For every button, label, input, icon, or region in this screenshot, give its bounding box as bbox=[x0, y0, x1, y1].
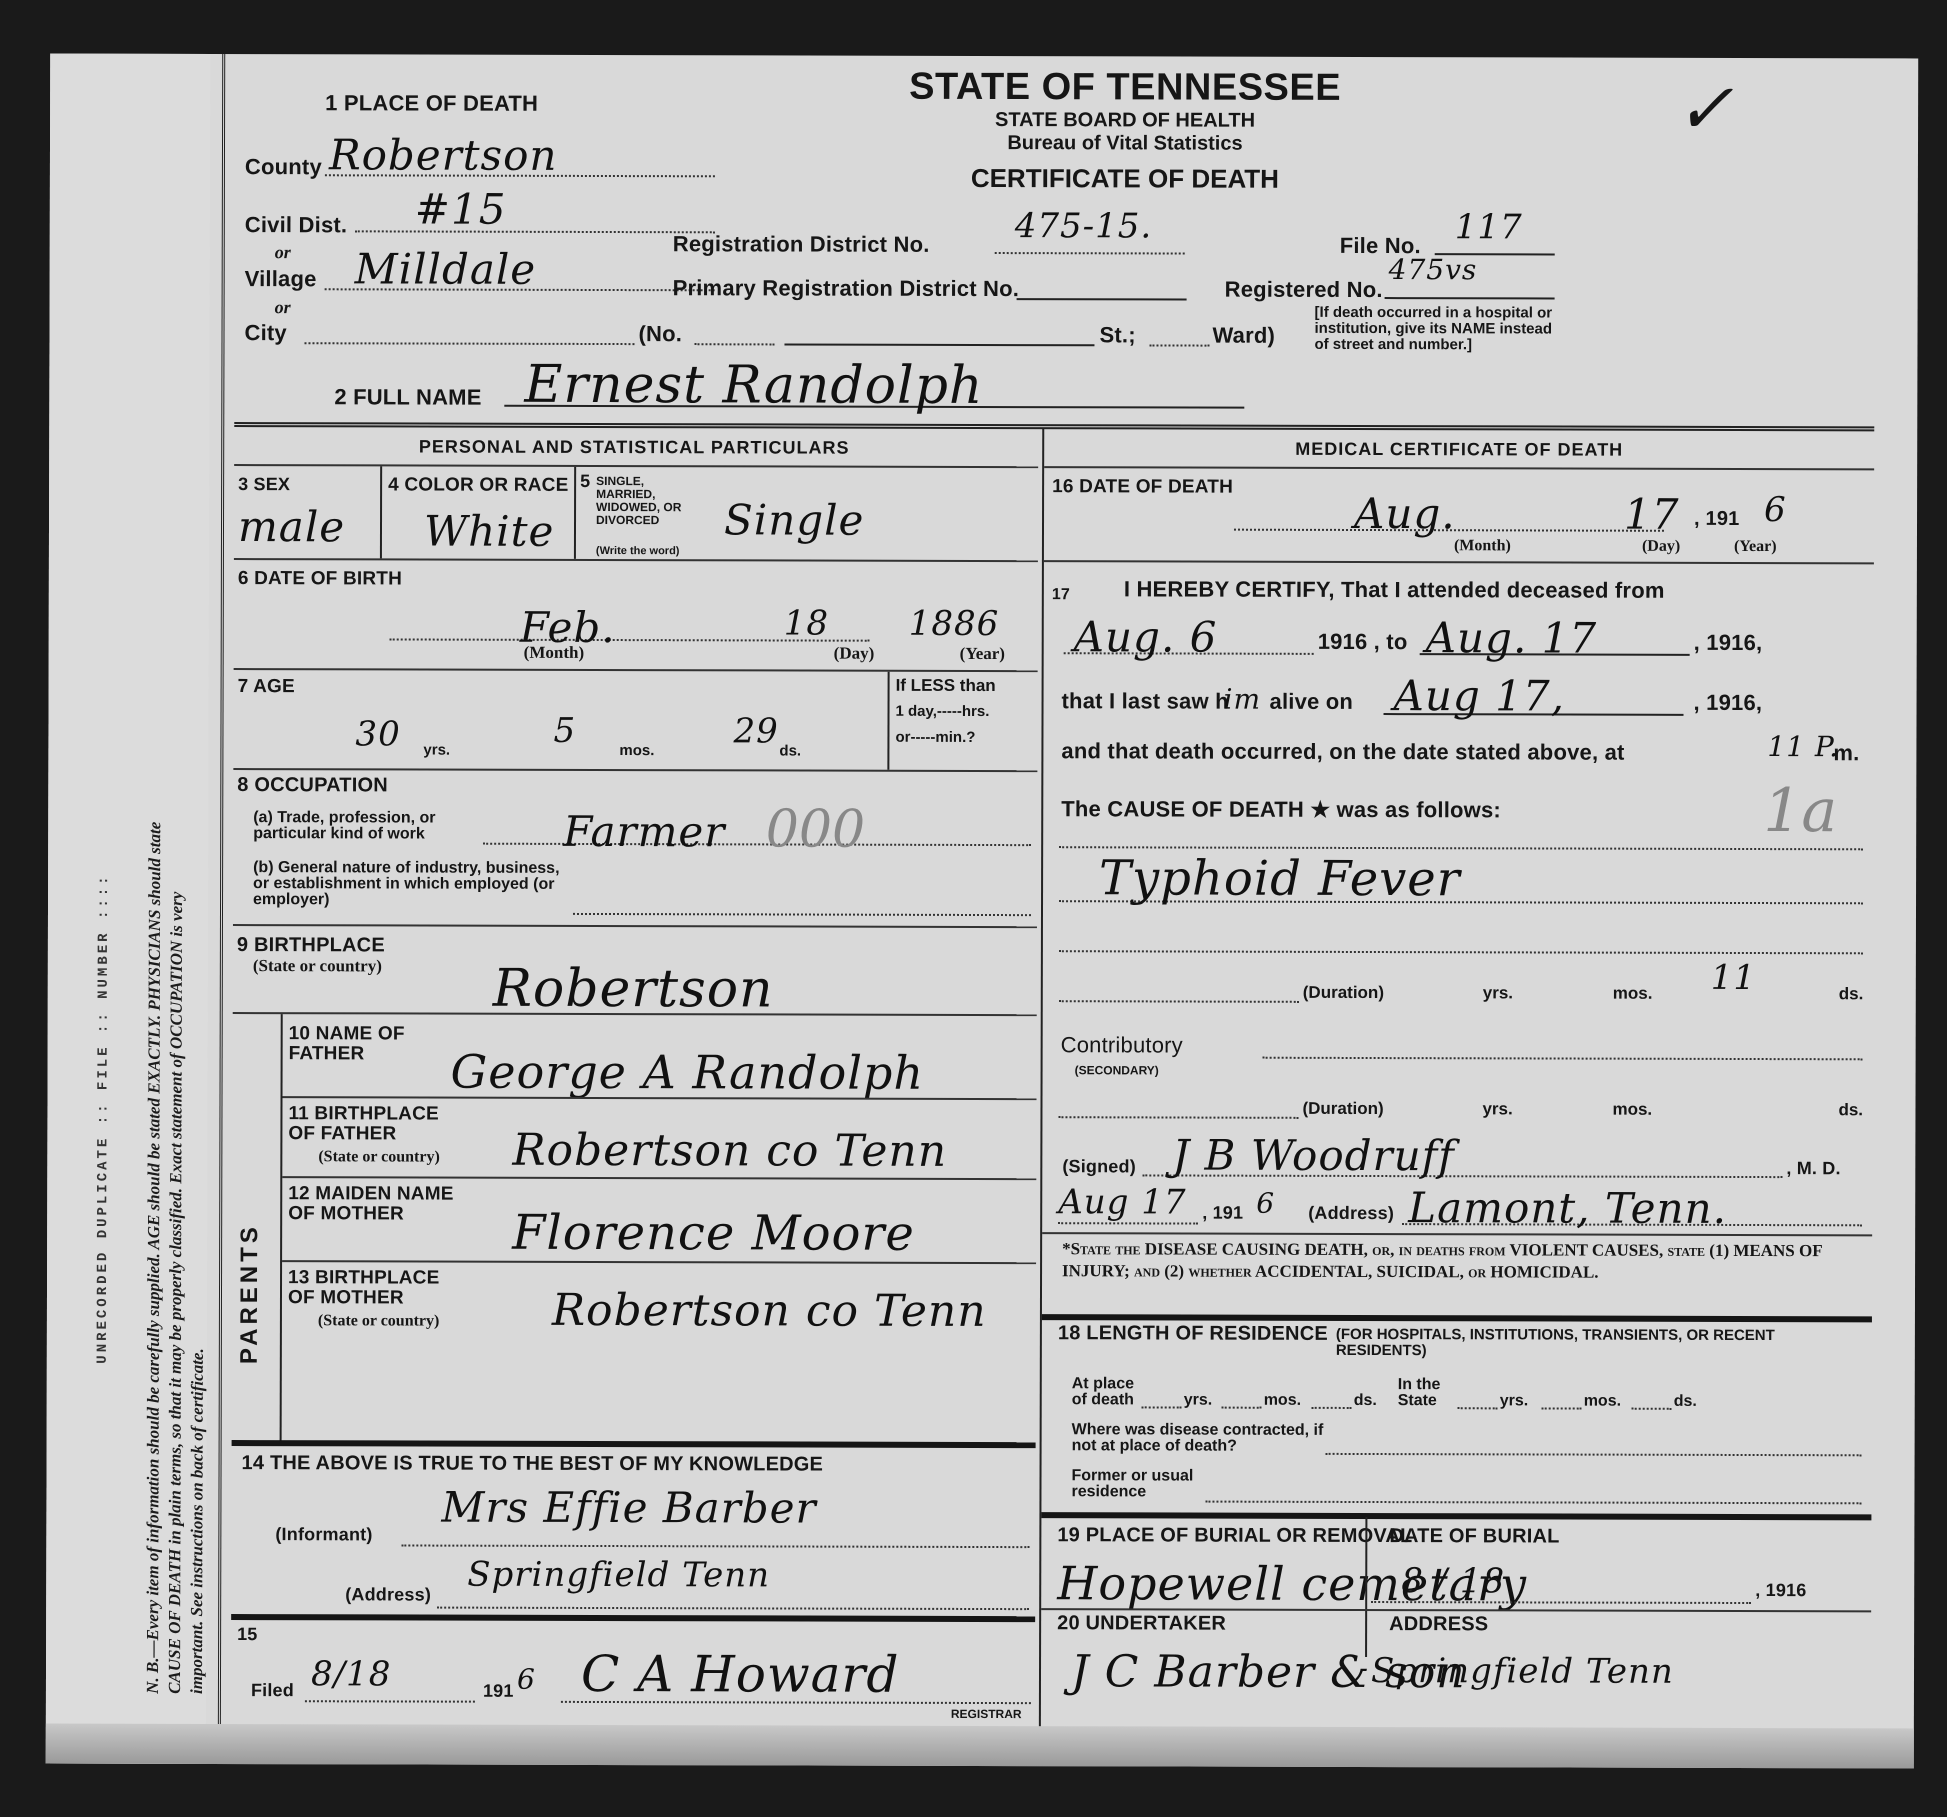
cause-footnote: *State the DISEASE CAUSING DEATH, or, in… bbox=[1062, 1238, 1862, 1284]
dob-year-value[interactable]: 1886 bbox=[909, 604, 1000, 644]
stub-margin-text: UNRECORDED DUPLICATE :: FILE :: NUMBER :… bbox=[95, 384, 128, 1364]
file-no-value: 117 bbox=[1455, 207, 1523, 247]
age-label: 7 AGE bbox=[238, 676, 295, 698]
column-divider bbox=[1039, 428, 1044, 1728]
marital-value[interactable]: Single bbox=[724, 495, 865, 544]
divider bbox=[234, 464, 1038, 468]
registrar-value: C A Howard bbox=[581, 1645, 900, 1704]
certify-num: 17 bbox=[1052, 586, 1070, 604]
ds-caption: ds. bbox=[779, 743, 801, 759]
birthplace-hint: (State or country) bbox=[253, 956, 382, 976]
father-name-label: 10 NAME OF FATHER bbox=[289, 1024, 429, 1064]
burial-year[interactable]: , 1916 bbox=[1755, 1580, 1806, 1601]
month-caption: (Month) bbox=[1454, 537, 1511, 555]
burial-date-label: DATE OF BURIAL bbox=[1389, 1525, 1559, 1548]
burial-place-label: 19 PLACE OF BURIAL OR REMOVAL bbox=[1057, 1524, 1412, 1548]
civil-dist-value: #15 bbox=[415, 185, 507, 234]
check-mark-icon: ✓ bbox=[1675, 68, 1734, 150]
filed-year-prefix: 191 bbox=[483, 1681, 514, 1702]
signed-date-field[interactable]: Aug 17 bbox=[1058, 1182, 1198, 1224]
yrs-caption: yrs. bbox=[423, 743, 450, 759]
ward-label: Ward) bbox=[1212, 323, 1275, 349]
bureau-title: Bureau of Vital Statistics bbox=[845, 132, 1405, 156]
birthplace-label: 9 BIRTHPLACE bbox=[237, 934, 385, 957]
parents-section-label: PARENTS bbox=[236, 1184, 264, 1364]
divider bbox=[574, 467, 576, 559]
race-label: 4 COLOR OR RACE bbox=[388, 474, 568, 496]
mother-name-value[interactable]: Florence Moore bbox=[512, 1205, 915, 1262]
informant-field[interactable]: Mrs Effie Barber bbox=[401, 1482, 1029, 1548]
mos-caption: mos. bbox=[619, 743, 654, 759]
registered-no-value: 475vs bbox=[1389, 253, 1478, 286]
village-field[interactable]: Milldale bbox=[325, 244, 715, 291]
contributory-field[interactable] bbox=[1263, 1043, 1863, 1061]
undertaker-address-value[interactable]: Springfield Tenn bbox=[1371, 1651, 1674, 1692]
occupation-b-field[interactable] bbox=[573, 893, 1031, 916]
death-certificate-sheet: UNRECORDED DUPLICATE :: FILE :: NUMBER :… bbox=[46, 54, 1918, 1769]
divider bbox=[887, 672, 889, 770]
undertaker-address-label: ADDRESS bbox=[1389, 1613, 1488, 1636]
at-place-yrs: yrs. bbox=[1184, 1393, 1213, 1409]
cause-line bbox=[1059, 836, 1863, 850]
signed-value: J B Woodruff bbox=[1172, 1130, 1455, 1180]
former-residence-label: Former or usual residence bbox=[1071, 1468, 1221, 1500]
sex-value[interactable]: male bbox=[238, 502, 345, 551]
informant-value: Mrs Effie Barber bbox=[441, 1483, 816, 1533]
primary-district-label: Primary Registration District No. bbox=[673, 275, 1020, 302]
dod-day-value[interactable]: 17 bbox=[1624, 490, 1680, 539]
in-state-label: In the State bbox=[1398, 1377, 1458, 1409]
state-title: STATE OF TENNESSEE bbox=[845, 66, 1405, 110]
divider bbox=[1042, 1232, 1872, 1236]
dod-month-value: Aug. bbox=[1354, 489, 1456, 538]
divider bbox=[233, 924, 1037, 928]
less-than-line1: If LESS than bbox=[896, 678, 996, 694]
attended-to-year[interactable]: , 1916, bbox=[1694, 630, 1763, 656]
last-saw-year[interactable]: , 1916, bbox=[1694, 690, 1763, 716]
occupation-a-field[interactable]: Farmer 000 bbox=[483, 799, 1031, 846]
certificate-title: CERTIFICATE OF DEATH bbox=[845, 163, 1405, 195]
divider bbox=[1365, 1517, 1367, 1657]
divider bbox=[1044, 560, 1874, 564]
marital-num: 5 bbox=[580, 471, 590, 492]
medical-heading: MEDICAL CERTIFICATE OF DEATH bbox=[1044, 438, 1874, 461]
signed-label: (Signed) bbox=[1062, 1156, 1136, 1177]
age-months-value[interactable]: 5 bbox=[553, 711, 576, 751]
at-place-ds-field[interactable] bbox=[1312, 1397, 1352, 1409]
dob-label: 6 DATE OF BIRTH bbox=[238, 568, 402, 590]
divider bbox=[233, 768, 1037, 772]
full-name-value: Ernest Randolph bbox=[524, 355, 983, 416]
county-field[interactable]: Robertson bbox=[325, 130, 715, 177]
personal-heading: PERSONAL AND STATISTICAL PARTICULARS bbox=[234, 436, 1034, 459]
registered-no-label: Registered No. bbox=[1225, 277, 1383, 303]
dod-month-field[interactable]: Aug. bbox=[1234, 489, 1664, 532]
in-state-mos: mos. bbox=[1584, 1394, 1621, 1410]
race-value[interactable]: White bbox=[424, 507, 555, 556]
physician-address-field[interactable]: Lamont, Tenn. bbox=[1402, 1183, 1862, 1226]
filed-date-field[interactable]: 8/18 bbox=[305, 1654, 475, 1702]
county-label: County bbox=[245, 154, 322, 180]
age-years-value[interactable]: 30 bbox=[355, 714, 400, 754]
occupation-code: 000 bbox=[766, 799, 865, 859]
occupation-a-label: (a) Trade, profession, or particular kin… bbox=[253, 810, 493, 843]
contributory-line bbox=[1058, 1106, 1298, 1119]
signed-year-suffix[interactable]: 6 bbox=[1256, 1187, 1275, 1220]
divider bbox=[234, 668, 1038, 672]
physician-address-value: Lamont, Tenn. bbox=[1408, 1183, 1727, 1233]
full-name-label: 2 FULL NAME bbox=[334, 384, 481, 410]
city-label: City bbox=[244, 320, 286, 346]
civil-dist-label: Civil Dist. bbox=[245, 212, 348, 238]
mother-birthplace-hint: (State or country) bbox=[318, 1312, 439, 1330]
dob-day-value[interactable]: 18 bbox=[784, 603, 829, 643]
divider bbox=[380, 466, 382, 558]
occupation-a-value: Farmer bbox=[563, 807, 725, 856]
scan-shadow bbox=[46, 1724, 1914, 1769]
certify-text: I HEREBY CERTIFY, That I attended deceas… bbox=[1124, 576, 1665, 603]
residence-heading: 18 LENGTH OF RESIDENCE bbox=[1058, 1322, 1328, 1346]
signed-date-value: Aug 17 bbox=[1058, 1182, 1186, 1222]
county-value: Robertson bbox=[329, 130, 558, 180]
occurred-time[interactable]: 11 P. bbox=[1767, 730, 1839, 763]
full-name-field[interactable]: Ernest Randolph bbox=[504, 355, 1244, 409]
informant-address-field[interactable]: Springfield Tenn bbox=[437, 1555, 1029, 1611]
duration-days-value[interactable]: 11 bbox=[1711, 958, 1756, 998]
or-label: or bbox=[275, 297, 291, 318]
registration-district-field[interactable]: 475-15. bbox=[995, 206, 1185, 254]
father-birthplace-label: 11 BIRTHPLACE OF FATHER bbox=[288, 1104, 448, 1144]
mother-birthplace-value[interactable]: Robertson co Tenn bbox=[552, 1285, 987, 1337]
header: STATE OF TENNESSEE STATE BOARD OF HEALTH… bbox=[845, 66, 1405, 195]
cause-value: Typhoid Fever bbox=[1099, 850, 1461, 907]
street-field[interactable] bbox=[784, 323, 1094, 346]
in-state-ds: ds. bbox=[1674, 1394, 1697, 1410]
duration-yrs-2: yrs. bbox=[1482, 1101, 1512, 1117]
cause-code: 1a bbox=[1763, 776, 1837, 846]
attended-to-field[interactable]: Aug. 17 bbox=[1420, 613, 1690, 656]
father-name-value[interactable]: George A Randolph bbox=[451, 1045, 925, 1100]
at-place-label: At place of death bbox=[1072, 1376, 1152, 1408]
cause-field[interactable]: Typhoid Fever bbox=[1059, 890, 1863, 904]
filed-label: Filed bbox=[251, 1680, 294, 1701]
street-label: St.; bbox=[1099, 322, 1135, 348]
divider bbox=[231, 1614, 1035, 1622]
file-no-field[interactable]: 117 bbox=[1435, 207, 1555, 255]
village-label: Village bbox=[245, 266, 317, 292]
attended-to-value: Aug. 17 bbox=[1426, 613, 1598, 662]
attended-from-field[interactable]: Aug. 6 bbox=[1064, 612, 1314, 655]
place-of-death-heading: 1 PLACE OF DEATH bbox=[325, 90, 538, 117]
duration-ds-2: ds. bbox=[1838, 1102, 1863, 1118]
in-state-ds-field[interactable] bbox=[1632, 1398, 1672, 1410]
contributory-label: Contributory bbox=[1061, 1032, 1183, 1058]
informant-address-label: (Address) bbox=[345, 1584, 431, 1605]
duration-mos: mos. bbox=[1613, 986, 1653, 1002]
year-caption: (Year) bbox=[1734, 538, 1777, 556]
or-label: or bbox=[275, 242, 291, 263]
attended-from-year[interactable]: 1916 bbox=[1318, 629, 1368, 655]
ward-field[interactable] bbox=[1149, 324, 1209, 346]
last-saw-value: Aug 17, bbox=[1394, 671, 1566, 720]
informant-heading: 14 THE ABOVE IS TRUE TO THE BEST OF MY K… bbox=[242, 1452, 824, 1477]
street-no-label: (No. bbox=[638, 321, 682, 347]
divider bbox=[234, 558, 1038, 562]
father-birthplace-hint: (State or country) bbox=[318, 1148, 439, 1166]
last-saw-suffix: alive on bbox=[1270, 689, 1354, 715]
occurred-text: and that death occurred, on the date sta… bbox=[1061, 738, 1624, 765]
less-than-line2: 1 day,-----hrs. bbox=[896, 704, 990, 720]
duration-label: (Duration) bbox=[1303, 985, 1384, 1001]
at-place-mos-field[interactable] bbox=[1222, 1397, 1262, 1409]
last-saw-field[interactable]: Aug 17, bbox=[1384, 671, 1684, 716]
burial-date-value: 8 / 18 bbox=[1401, 1561, 1505, 1601]
to-label: , to bbox=[1374, 629, 1408, 655]
occupation-label: 8 OCCUPATION bbox=[237, 774, 388, 797]
divider bbox=[1041, 1512, 1871, 1520]
physician-address-label: (Address) bbox=[1308, 1203, 1394, 1224]
month-caption: (Month) bbox=[524, 643, 585, 663]
nb-instructions: N. B.—Every item of information should b… bbox=[142, 194, 216, 1694]
dod-label: 16 DATE OF DEATH bbox=[1052, 476, 1233, 498]
cause-line bbox=[1059, 940, 1863, 954]
day-caption: (Day) bbox=[1642, 538, 1680, 556]
duration-yrs: yrs. bbox=[1483, 985, 1513, 1001]
undertaker-label: 20 UNDERTAKER bbox=[1057, 1612, 1226, 1635]
divider bbox=[1042, 1314, 1872, 1322]
in-state-yrs: yrs. bbox=[1500, 1393, 1529, 1409]
last-saw-prefix: that I last saw h bbox=[1062, 688, 1229, 714]
registrar-label: REGISTRAR bbox=[951, 1708, 1022, 1721]
father-birthplace-value[interactable]: Robertson co Tenn bbox=[512, 1125, 947, 1177]
village-value: Milldale bbox=[355, 244, 537, 293]
hospital-note: [If death occurred in a hospital or inst… bbox=[1314, 305, 1554, 354]
in-state-mos-field[interactable] bbox=[1542, 1397, 1582, 1409]
contributory-hint: (SECONDARY) bbox=[1075, 1064, 1159, 1077]
nb-line-3: important. See instructions on back of c… bbox=[186, 194, 212, 1694]
year-caption: (Year) bbox=[960, 644, 1005, 664]
signed-field[interactable]: J B Woodruff bbox=[1142, 1130, 1782, 1178]
divider bbox=[234, 422, 1874, 431]
occurred-suffix: m. bbox=[1833, 740, 1859, 766]
signed-year-prefix: , 191 bbox=[1202, 1203, 1243, 1224]
divider bbox=[280, 1014, 283, 1442]
residence-heading-note: (FOR HOSPITALS, INSTITUTIONS, TRANSIENTS… bbox=[1336, 1327, 1866, 1360]
mother-name-label: 12 MAIDEN NAME OF MOTHER bbox=[288, 1184, 478, 1224]
registration-district-label: Registration District No. bbox=[673, 231, 930, 258]
in-state-yrs-field[interactable] bbox=[1458, 1397, 1498, 1409]
attended-from-value: Aug. 6 bbox=[1074, 612, 1218, 661]
filed-year-suffix[interactable]: 6 bbox=[517, 1663, 536, 1696]
divider bbox=[232, 1440, 1036, 1448]
cause-text: The CAUSE OF DEATH ★ was as follows: bbox=[1061, 796, 1501, 823]
marital-hint: (Write the word) bbox=[596, 545, 680, 558]
registration-district-value: 475-15. bbox=[1015, 206, 1153, 246]
registered-no-field[interactable]: 475vs bbox=[1385, 253, 1555, 299]
duration-label-2: (Duration) bbox=[1302, 1101, 1383, 1117]
at-place-ds: ds. bbox=[1354, 1393, 1377, 1409]
at-place-mos: mos. bbox=[1264, 1393, 1301, 1409]
divider bbox=[1044, 466, 1874, 470]
informant-label: (Informant) bbox=[275, 1524, 372, 1545]
last-saw-pronoun[interactable]: im bbox=[1224, 683, 1262, 716]
mother-birthplace-label: 13 BIRTHPLACE OF MOTHER bbox=[288, 1268, 448, 1308]
burial-date-field[interactable]: 8 / 18 bbox=[1371, 1561, 1751, 1604]
civil-dist-field[interactable]: #15 bbox=[355, 184, 715, 233]
filed-num: 15 bbox=[237, 1624, 257, 1645]
city-field[interactable] bbox=[304, 322, 634, 345]
duration-mos-2: mos. bbox=[1612, 1102, 1652, 1118]
marital-label: SINGLE, MARRIED, WIDOWED, OR DIVORCED bbox=[596, 475, 706, 527]
certificate-form: STATE OF TENNESSEE STATE BOARD OF HEALTH… bbox=[218, 54, 1885, 1758]
contracted-field[interactable] bbox=[1326, 1443, 1862, 1456]
informant-address-value: Springfield Tenn bbox=[467, 1555, 770, 1596]
street-no-field[interactable] bbox=[694, 323, 774, 345]
sex-label: 3 SEX bbox=[238, 474, 290, 495]
duration-ds: ds. bbox=[1839, 986, 1864, 1002]
day-caption: (Day) bbox=[834, 644, 875, 664]
dod-year-suffix[interactable]: 6 bbox=[1764, 490, 1787, 530]
board-title: STATE BOARD OF HEALTH bbox=[845, 109, 1405, 133]
birthplace-value[interactable]: Robertson bbox=[493, 959, 774, 1020]
dod-year-prefix: , 191 bbox=[1694, 508, 1740, 531]
md-label: , M. D. bbox=[1786, 1158, 1840, 1179]
registrar-field[interactable]: C A Howard bbox=[561, 1645, 1031, 1704]
at-place-yrs-field[interactable] bbox=[1142, 1396, 1182, 1408]
occupation-b-label: (b) General nature of industry, business… bbox=[253, 860, 573, 909]
filed-date-value: 8/18 bbox=[311, 1654, 391, 1694]
age-days-value[interactable]: 29 bbox=[733, 711, 778, 751]
contracted-label: Where was disease contracted, if not at … bbox=[1072, 1422, 1332, 1455]
former-residence-field[interactable] bbox=[1205, 1491, 1861, 1505]
primary-district-field[interactable] bbox=[1017, 278, 1187, 300]
cause-line bbox=[1059, 990, 1299, 1003]
divider bbox=[282, 1260, 1036, 1264]
less-than-line3: or-----min.? bbox=[895, 730, 975, 746]
